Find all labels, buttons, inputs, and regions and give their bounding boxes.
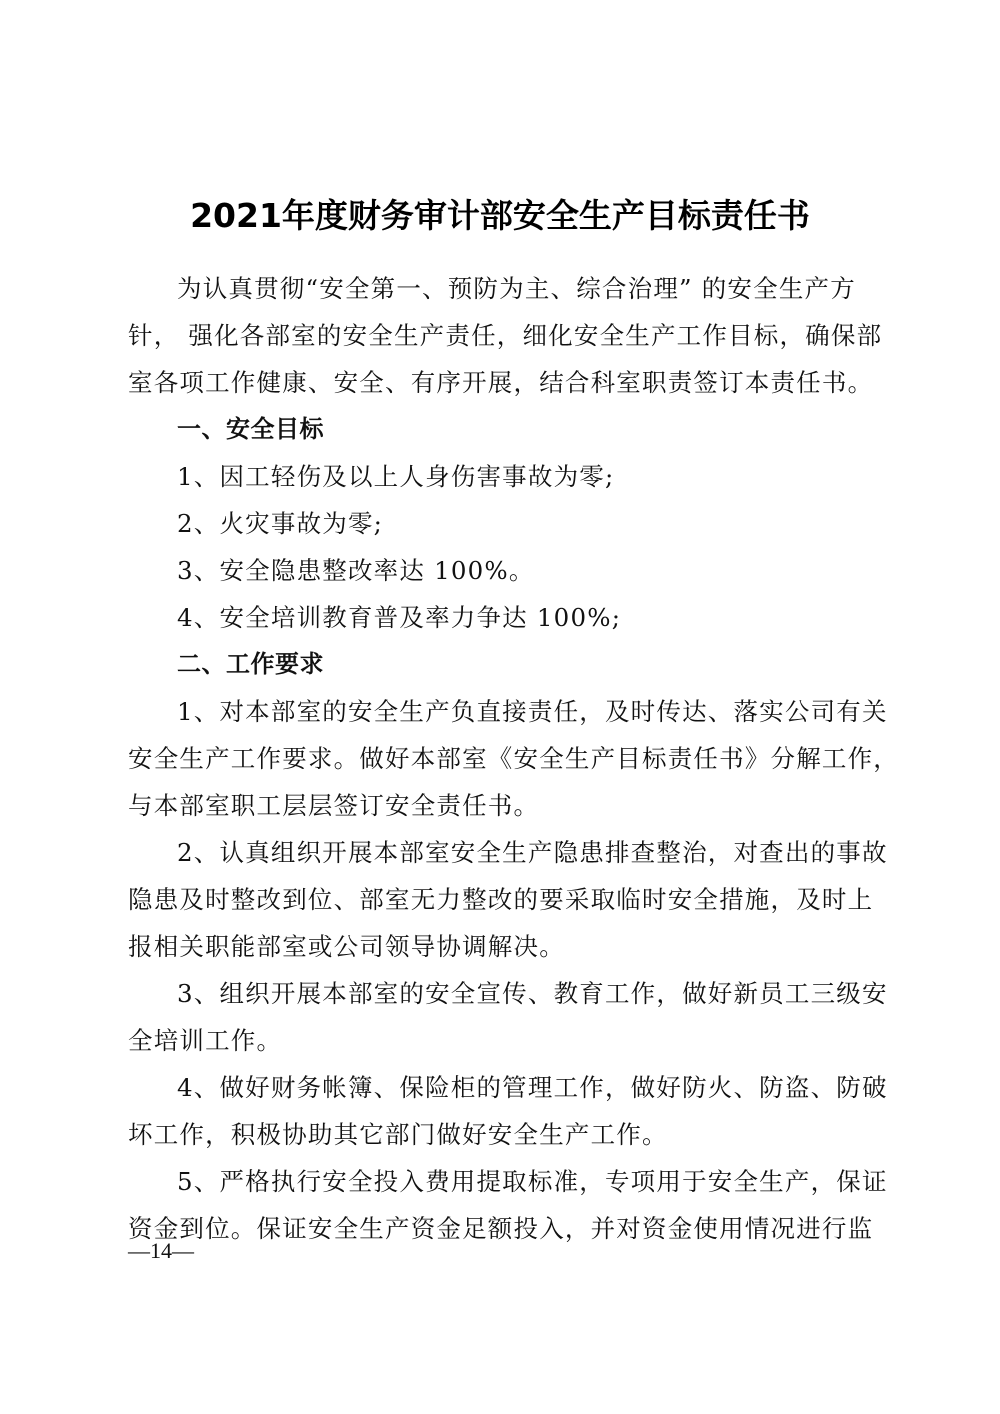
intro-paragraph: 为认真贯彻“安全第一、预防为主、综合治理” 的安全生产方 针， 强化各部室的安全… — [128, 265, 873, 406]
requirement-paragraph: 2、认真组织开展本部室安全生产隐患排查整治，对查出的事故 隐患及时整改到位、部室… — [128, 829, 873, 970]
text-line: 4、做好财务帐簿、保险柜的管理工作，做好防火、防盗、防破 — [128, 1064, 873, 1111]
text-line: 1、对本部室的安全生产负直接责任，及时传达、落实公司有关 — [128, 688, 873, 735]
text-line: 报相关职能部室或公司领导协调解决。 — [128, 923, 873, 970]
goal-item: 3、安全隐患整改率达 100%。 — [128, 547, 873, 594]
goal-item: 4、安全培训教育普及率力争达 100%; — [128, 594, 873, 641]
text-line: 全培训工作。 — [128, 1017, 873, 1064]
document-page: 2021年度财务审计部安全生产目标责任书 为认真贯彻“安全第一、预防为主、综合治… — [0, 0, 1000, 1414]
requirement-paragraph: 4、做好财务帐簿、保险柜的管理工作，做好防火、防盗、防破 坏工作，积极协助其它部… — [128, 1064, 873, 1158]
goal-item: 1、因工轻伤及以上人身伤害事故为零; — [128, 453, 873, 500]
requirement-paragraph: 1、对本部室的安全生产负直接责任，及时传达、落实公司有关 安全生产工作要求。做好… — [128, 688, 873, 829]
text-line: 5、严格执行安全投入费用提取标准，专项用于安全生产，保证 — [128, 1158, 873, 1205]
text-line: 室各项工作健康、安全、有序开展，结合科室职责签订本责任书。 — [128, 359, 873, 406]
text-line: 安全生产工作要求。做好本部室《安全生产目标责任书》分解工作， — [128, 735, 873, 782]
requirement-paragraph: 5、严格执行安全投入费用提取标准，专项用于安全生产，保证 资金到位。保证安全生产… — [128, 1158, 873, 1252]
document-title: 2021年度财务审计部安全生产目标责任书 — [0, 190, 1000, 237]
goal-item: 2、火灾事故为零; — [128, 500, 873, 547]
document-body: 为认真贯彻“安全第一、预防为主、综合治理” 的安全生产方 针， 强化各部室的安全… — [128, 265, 873, 1252]
text-line: 3、组织开展本部室的安全宣传、教育工作，做好新员工三级安 — [128, 970, 873, 1017]
page-number: —14— — [128, 1238, 194, 1264]
text-line: 与本部室职工层层签订安全责任书。 — [128, 782, 873, 829]
text-line: 坏工作，积极协助其它部门做好安全生产工作。 — [128, 1111, 873, 1158]
text-line: 2、认真组织开展本部室安全生产隐患排查整治，对查出的事故 — [128, 829, 873, 876]
text-line: 隐患及时整改到位、部室无力整改的要采取临时安全措施，及时上 — [128, 876, 873, 923]
text-line: 资金到位。保证安全生产资金足额投入，并对资金使用情况进行监 — [128, 1205, 873, 1252]
section-heading-safety-goals: 一、安全目标 — [128, 406, 873, 453]
section-heading-work-requirements: 二、工作要求 — [128, 641, 873, 688]
text-line: 为认真贯彻“安全第一、预防为主、综合治理” 的安全生产方 — [128, 265, 873, 312]
text-line: 针， 强化各部室的安全生产责任，细化安全生产工作目标，确保部 — [128, 312, 873, 359]
requirement-paragraph: 3、组织开展本部室的安全宣传、教育工作，做好新员工三级安 全培训工作。 — [128, 970, 873, 1064]
